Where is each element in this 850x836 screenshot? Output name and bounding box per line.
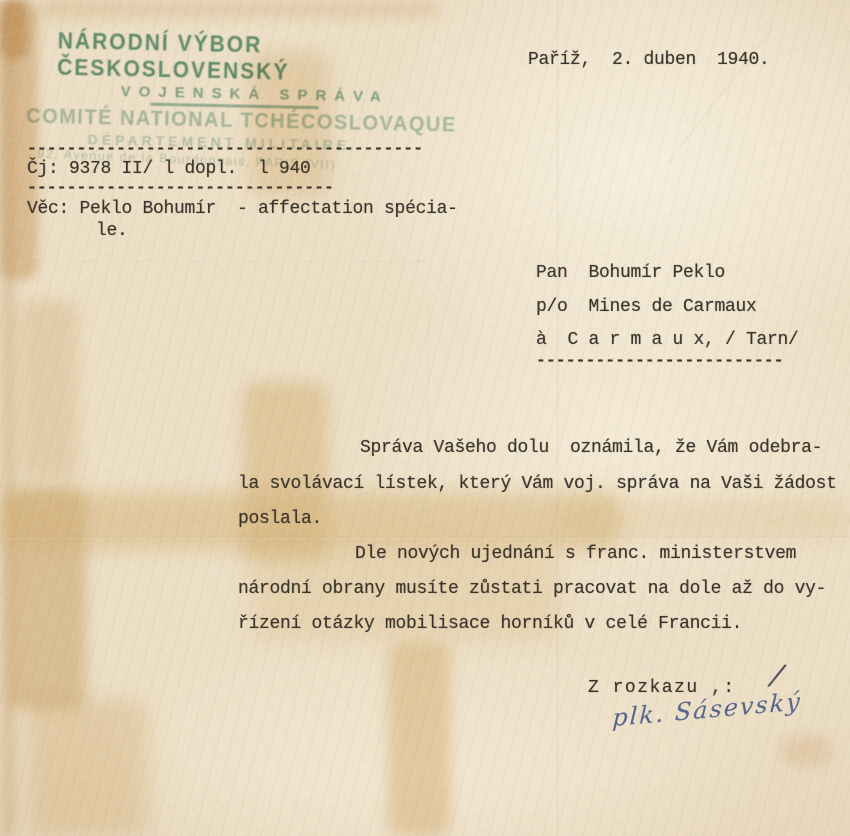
fold-crease-diagonal-topright bbox=[668, 27, 774, 162]
date-line: Paříž, 2. duben 1940. bbox=[528, 50, 770, 71]
body-line: Správa Vašeho dolu oznámila, že Vám odeb… bbox=[360, 438, 822, 459]
recipient-underline: ------------------------- bbox=[536, 352, 784, 371]
body-line: národní obrany musíte zůstati pracovat n… bbox=[238, 579, 826, 600]
fold-crease-vertical-midleft bbox=[428, 300, 430, 540]
pen-stroke: / bbox=[768, 657, 785, 693]
letter-document: NÁRODNÍ VÝBOR ČESKOSLOVENSKÝ VOJENSKÁ SP… bbox=[0, 0, 850, 836]
tape-stain-horizontal-right bbox=[560, 498, 850, 540]
recipient-name: Pan Bohumír Peklo bbox=[536, 263, 725, 284]
tape-stain-top-edge bbox=[40, 0, 440, 18]
fold-crease-horizontal-center bbox=[0, 536, 850, 539]
body-line: poslala. bbox=[238, 509, 322, 530]
recipient-city: à C a r m a u x, / Tarn/ bbox=[536, 330, 799, 351]
subject-line-1: Věc: Peklo Bohumír - affectation spécia- bbox=[27, 199, 458, 220]
divider-dashed-bottom: ------------------------------- bbox=[27, 179, 334, 198]
body-line: Dle nových ujednání s franc. ministerstv… bbox=[355, 544, 796, 565]
stamp-org-name-french: COMITÉ NATIONAL TCHÉCOSLOVAQUE bbox=[26, 104, 462, 138]
body-line: řízení otázky mobilisace horníků v celé … bbox=[238, 614, 742, 635]
stamp-dept-name: VOJENSKÁ SPRÁVA bbox=[121, 83, 463, 107]
stamp-org-name: NÁRODNÍ VÝBOR ČESKOSLOVENSKÝ bbox=[57, 28, 464, 90]
tape-stain-left-corner bbox=[0, 0, 28, 60]
tape-stain-left-mid bbox=[18, 300, 78, 480]
fold-crease-horizontal-upper bbox=[0, 261, 430, 263]
tape-stain-left-edge bbox=[0, 0, 16, 836]
tape-stain-bottom-left bbox=[28, 700, 148, 836]
subject-line-2: le. bbox=[96, 221, 128, 242]
body-line: la svolávací lístek, který Vám voj. sprá… bbox=[238, 474, 837, 495]
recipient-company: p/o Mines de Carmaux bbox=[536, 297, 757, 318]
tape-stain-left-low bbox=[8, 488, 86, 710]
stamp-underline bbox=[150, 103, 318, 110]
reference-number: Čj: 9378 II/ l dopl. l 940 bbox=[27, 159, 311, 180]
divider-dashed-top: ---------------------------------------- bbox=[27, 140, 423, 159]
tape-stain-vertical-mid bbox=[242, 382, 328, 560]
stain-smudge-bottom-right bbox=[780, 736, 832, 766]
fold-crease-vertical-center bbox=[557, 0, 560, 836]
tape-stain-vertical-low bbox=[388, 642, 450, 836]
